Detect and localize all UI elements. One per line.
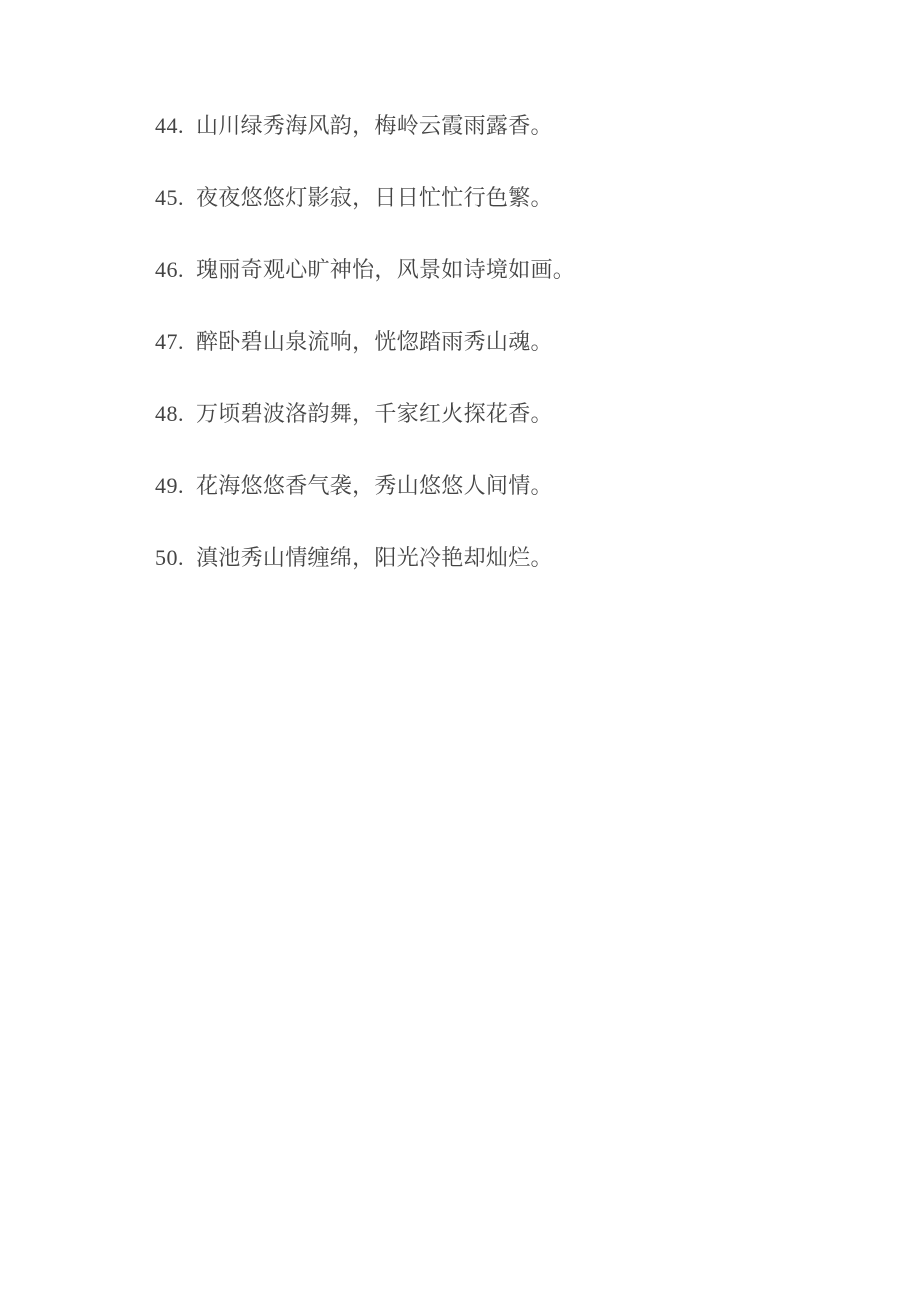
document-page: 44. 山川绿秀海风韵，梅岭云霞雨露香。 45. 夜夜悠悠灯影寂，日日忙忙行色繁… [0,0,921,1302]
list-item: 47. 醉卧碧山泉流响，恍惚踏雨秀山魂。 [155,328,775,356]
item-text: 夜夜悠悠灯影寂，日日忙忙行色繁。 [196,184,553,212]
item-number: 45. [155,184,196,212]
item-text: 花海悠悠香气袭，秀山悠悠人间情。 [196,472,553,500]
list-item: 46. 瑰丽奇观心旷神怡，风景如诗境如画。 [155,256,775,284]
item-number: 49. [155,472,196,500]
numbered-couplet-list: 44. 山川绿秀海风韵，梅岭云霞雨露香。 45. 夜夜悠悠灯影寂，日日忙忙行色繁… [155,112,775,616]
item-number: 47. [155,328,196,356]
list-item: 50. 滇池秀山情缠绵，阳光冷艳却灿烂。 [155,544,775,572]
item-text: 山川绿秀海风韵，梅岭云霞雨露香。 [196,112,553,140]
list-item: 49. 花海悠悠香气袭，秀山悠悠人间情。 [155,472,775,500]
item-number: 46. [155,256,196,284]
list-item: 48. 万顷碧波洛韵舞，千家红火探花香。 [155,400,775,428]
list-item: 44. 山川绿秀海风韵，梅岭云霞雨露香。 [155,112,775,140]
item-text: 万顷碧波洛韵舞，千家红火探花香。 [196,400,553,428]
item-number: 44. [155,112,196,140]
list-item: 45. 夜夜悠悠灯影寂，日日忙忙行色繁。 [155,184,775,212]
item-text: 醉卧碧山泉流响，恍惚踏雨秀山魂。 [196,328,553,356]
item-text: 瑰丽奇观心旷神怡，风景如诗境如画。 [196,256,575,284]
item-text: 滇池秀山情缠绵，阳光冷艳却灿烂。 [196,544,553,572]
item-number: 48. [155,400,196,428]
item-number: 50. [155,544,196,572]
